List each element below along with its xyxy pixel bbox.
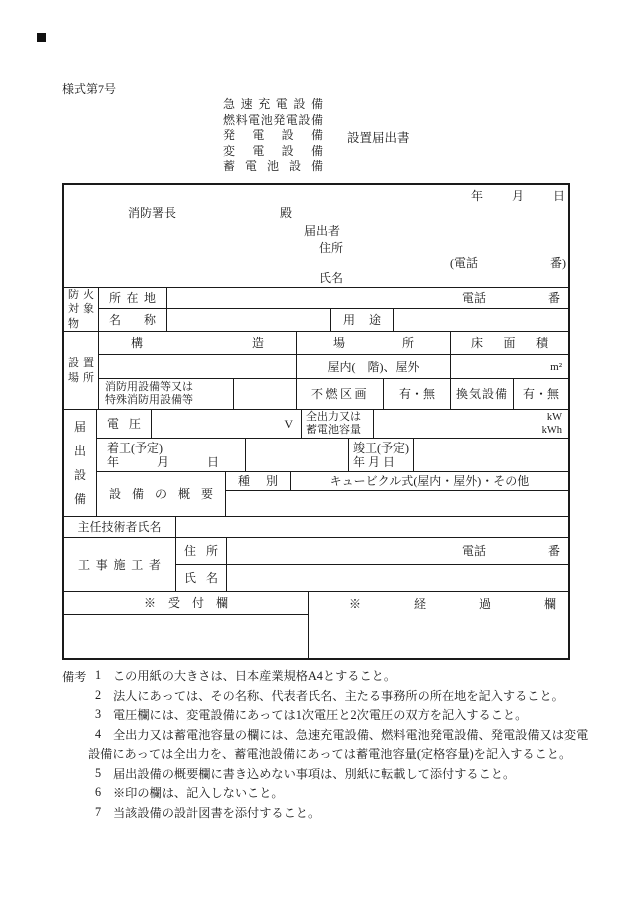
end-date-value-cell[interactable] (414, 439, 568, 472)
form-table: 年 月 日 消防署長 殿 届出者 住所 (電話 番) 氏名 防火 対象 物 所在… (62, 183, 570, 660)
month-label: 月 (512, 189, 524, 203)
document-title: 設置届出書 (347, 128, 410, 146)
type-label: 種別 (226, 472, 291, 491)
notifier-tel-line: (電話 番) (450, 256, 568, 270)
reception-column[interactable]: ※受付欄 (64, 592, 309, 658)
title-equipment-list: 急速充電設備 燃料電池発電設備 発電設備 変電設備 蓄電池設備 (223, 97, 323, 175)
start-date-label: 着工(予定) 年 月 日 (97, 439, 246, 472)
title-line-transformer: 変電設備 (223, 144, 323, 160)
use-label: 用途 (331, 309, 394, 332)
indoor-outdoor-cell[interactable]: 屋内( 階)、屋外 (297, 355, 451, 379)
form-page: 様式第7号 急速充電設備 燃料電池発電設備 発電設備 変電設備 蓄電池設備 設置… (0, 0, 630, 903)
title-line-fuel-cell: 燃料電池発電設備 (223, 113, 323, 129)
floor-area-value-cell[interactable]: m² (451, 355, 568, 379)
voltage-value-cell[interactable]: V (152, 410, 302, 439)
unit-kwh: kWh (542, 424, 562, 437)
dono-label: 殿 (280, 206, 292, 220)
output-value-cell[interactable]: kW kWh (374, 410, 568, 439)
reception-header: ※受付欄 (64, 592, 308, 615)
title-line-battery: 蓄電池設備 (223, 159, 323, 175)
location-tel-label: 電話 (462, 291, 486, 305)
title-line-generator: 発電設備 (223, 128, 323, 144)
contractor-name-value-cell[interactable] (227, 565, 568, 592)
ventilation-label: 換気設備 (451, 379, 514, 410)
summary-value-cell[interactable] (226, 491, 568, 517)
unit-kw: kW (547, 411, 562, 424)
remark-item-4: 4全出力又は蓄電池容量の欄には、急速充電設備、燃料電池発電設備、発電設備又は変電 (62, 725, 570, 745)
noncombustible-label: 不燃区画 (297, 379, 384, 410)
volt-unit: V (284, 417, 293, 431)
structure-header: 構造 (99, 332, 297, 355)
contractor-label: 工事施工者 (64, 538, 176, 592)
header-section: 年 月 日 消防署長 殿 届出者 住所 (電話 番) 氏名 (64, 185, 568, 288)
day-label: 日 (553, 189, 565, 203)
output-label: 全出力又は 蓄電池容量 (302, 410, 374, 439)
title-line-quick-charge: 急速充電設備 (223, 97, 323, 113)
remark-item-6: 6※印の欄は、記入しないこと。 (62, 783, 570, 803)
name-label: 名称 (99, 309, 167, 332)
name-value-cell[interactable] (167, 309, 331, 332)
contractor-name-label: 氏名 (176, 565, 227, 592)
contractor-tel-label: 電話 (462, 544, 486, 558)
use-value-cell[interactable] (394, 309, 568, 332)
contractor-address-value-cell[interactable]: 電話 番 (227, 538, 568, 565)
noncombustible-choice[interactable]: 有・無 (384, 379, 451, 410)
remarks-label: 備考 (62, 668, 86, 685)
tel-close-label: 番) (550, 256, 566, 270)
notified-equipment-label: 届 出 設 備 (64, 410, 97, 517)
summary-label: 設備の概要 (97, 472, 226, 517)
location-label: 所在地 (99, 288, 167, 309)
fire-equipment-label: 消防用設備等又は 特殊消防用設備等 (99, 379, 234, 410)
contractor-tel-ban: 番 (548, 544, 560, 558)
progress-header: ※経過欄 (309, 592, 568, 615)
remarks-section: 備考 1この用紙の大きさは、日本産業規格A4とすること。 2法人にあっては、その… (62, 666, 570, 822)
ventilation-choice[interactable]: 有・無 (514, 379, 568, 410)
fire-object-label: 防火 対象 物 (64, 288, 99, 332)
progress-column[interactable]: ※経過欄 (309, 592, 568, 658)
remark-item-2: 2法人にあっては、その名称、代表者氏名、主たる事務所の所在地を記入すること。 (62, 686, 570, 706)
remark-item-5: 5届出設備の概要欄に書き込めない事項は、別紙に転載して添付すること。 (62, 764, 570, 784)
place-header: 場所 (297, 332, 451, 355)
unit-m2: m² (550, 360, 562, 374)
notifier-address-label: 住所 (319, 241, 343, 255)
notifier-label: 届出者 (304, 224, 340, 238)
floor-area-header: 床面積 (451, 332, 568, 355)
remark-item-4-cont: 設備にあっては全出力を、蓄電池設備にあっては蓄電池容量(定格容量)を記入すること… (88, 744, 570, 764)
start-date-value-cell[interactable] (246, 439, 349, 472)
form-number: 様式第7号 (62, 80, 116, 97)
chief-engineer-label: 主任技術者氏名 (64, 517, 176, 538)
remark-item-3: 3電圧欄には、変電設備にあっては1次電圧と2次電圧の双方を記入すること。 (62, 705, 570, 725)
tel-open-label: (電話 (450, 256, 478, 270)
end-date-label: 竣工(予定) 年 月 日 (349, 439, 414, 472)
location-tel-ban: 番 (548, 291, 560, 305)
remark-item-1: 1この用紙の大きさは、日本産業規格A4とすること。 (62, 666, 570, 686)
remark-item-7: 7当該設備の設計図書を添付すること。 (62, 803, 570, 823)
contractor-address-label: 住所 (176, 538, 227, 565)
type-choice[interactable]: キュービクル式(屋内・屋外)・その他 (291, 472, 568, 491)
date-line: 年 月 日 (471, 189, 565, 203)
year-label: 年 (471, 189, 483, 203)
fire-chief-label: 消防署長 (128, 206, 176, 220)
location-value-cell[interactable]: 電話 番 (167, 288, 568, 309)
notifier-name-label: 氏名 (319, 271, 343, 285)
voltage-label: 電圧 (97, 410, 152, 439)
install-site-label: 設置 場所 (64, 332, 99, 410)
chief-engineer-value-cell[interactable] (176, 517, 568, 538)
structure-value-cell[interactable] (99, 355, 297, 379)
fire-equipment-value-cell[interactable] (234, 379, 297, 410)
scan-artifact-mark (37, 33, 46, 42)
